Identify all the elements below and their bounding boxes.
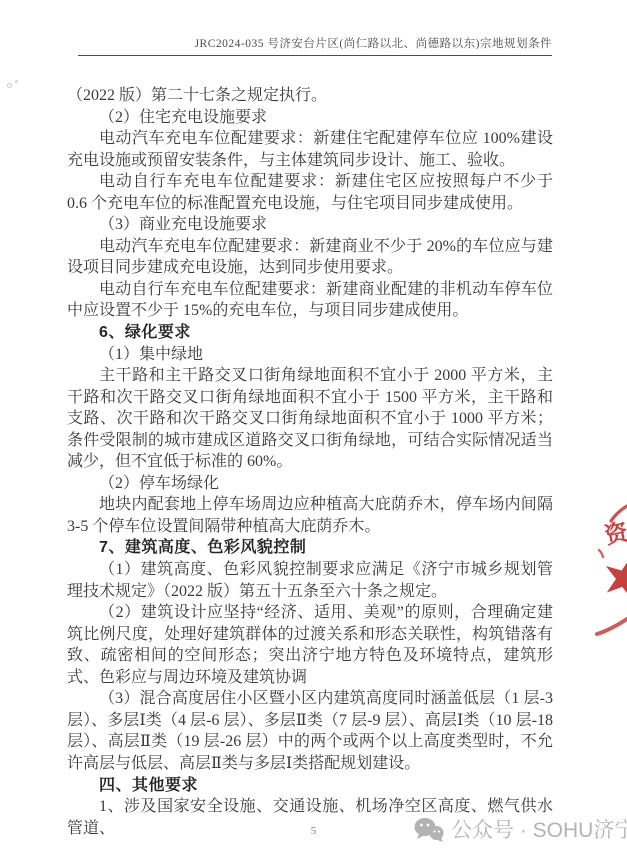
red-seal-stamp: 资 ★ bbox=[594, 497, 627, 643]
paragraph: （2）停车场绿化 bbox=[67, 473, 553, 495]
seal-ring-bottom-arc bbox=[597, 619, 627, 634]
paragraph: （1）建筑高度、色彩风貌控制要求应满足《济宁市城乡规划管理技术规定》（2022 … bbox=[67, 559, 553, 602]
paragraph: 地块内配套地上停车场周边应种植高大庇荫乔木，停车场内间隔 3-5 个停车位设置间… bbox=[67, 494, 553, 537]
section-heading: 7、建筑高度、色彩风貌控制 bbox=[67, 537, 553, 559]
paragraph: （3）商业充电设施要求 bbox=[67, 214, 553, 236]
seal-star-icon: ★ bbox=[594, 542, 627, 615]
paragraph: （2）住宅充电设施要求 bbox=[67, 107, 553, 129]
paragraph: （2022 版）第二十七条之规定执行。 bbox=[67, 85, 553, 107]
wechat-icon bbox=[414, 817, 444, 842]
paragraph: 电动自行车充电车位配建要求：新建商业配建的非机动车停车位中应设置不少于 15%的… bbox=[67, 279, 553, 322]
paragraph: 电动汽车充电车位配建要求：新建住宅配建停车位应 100%建设充电设施或预留安装条… bbox=[67, 128, 553, 171]
header-divider bbox=[78, 55, 552, 56]
paragraph: 电动汽车充电车位配建要求：新建商业不少于 20%的车位应与建设项目同步建成充电设… bbox=[67, 236, 553, 279]
paragraph: 主干路和主干路交叉口街角绿地面积不宜小于 2000 平方米，主干路和次干路交叉口… bbox=[67, 365, 553, 473]
seal-ring-top-arc bbox=[611, 506, 627, 521]
scan-artifact bbox=[8, 84, 11, 87]
watermark-text: 公众号 · SOHU济宁 bbox=[451, 814, 627, 844]
paragraph: 电动自行车充电车位配建要求：新建住宅区应按照每户不少于 0.6 个充电车位的标准… bbox=[67, 171, 553, 214]
paragraph: （1）集中绿地 bbox=[67, 344, 553, 366]
paragraph: （2）建筑设计应坚持“经济、适用、美观”的原则，合理确定建筑比例尺度，处理好建筑… bbox=[67, 602, 553, 688]
paragraph: （3）混合高度居住小区暨小区内建筑高度同时涵盖低层（1 层-3 层）、多层Ⅰ类（… bbox=[67, 688, 553, 774]
document-header-reference: JRC2024-035 号济安台片区(尚仁路以北、尚德路以东)宗地规划条件 bbox=[78, 35, 552, 51]
seal-character: 资 bbox=[602, 518, 627, 548]
section-heading: 四、其他要求 bbox=[67, 775, 553, 797]
scanned-document-page: { "header": { "doc_ref": "JRC2024-035 号济… bbox=[0, 0, 627, 854]
seal-small-mark bbox=[599, 550, 603, 557]
watermark: 公众号 · SOHU济宁 bbox=[414, 814, 627, 844]
section-heading: 6、绿化要求 bbox=[67, 322, 553, 344]
document-body: （2022 版）第二十七条之规定执行。（2）住宅充电设施要求电动汽车充电车位配建… bbox=[67, 85, 553, 839]
seal-graphic: 资 ★ bbox=[594, 497, 627, 643]
